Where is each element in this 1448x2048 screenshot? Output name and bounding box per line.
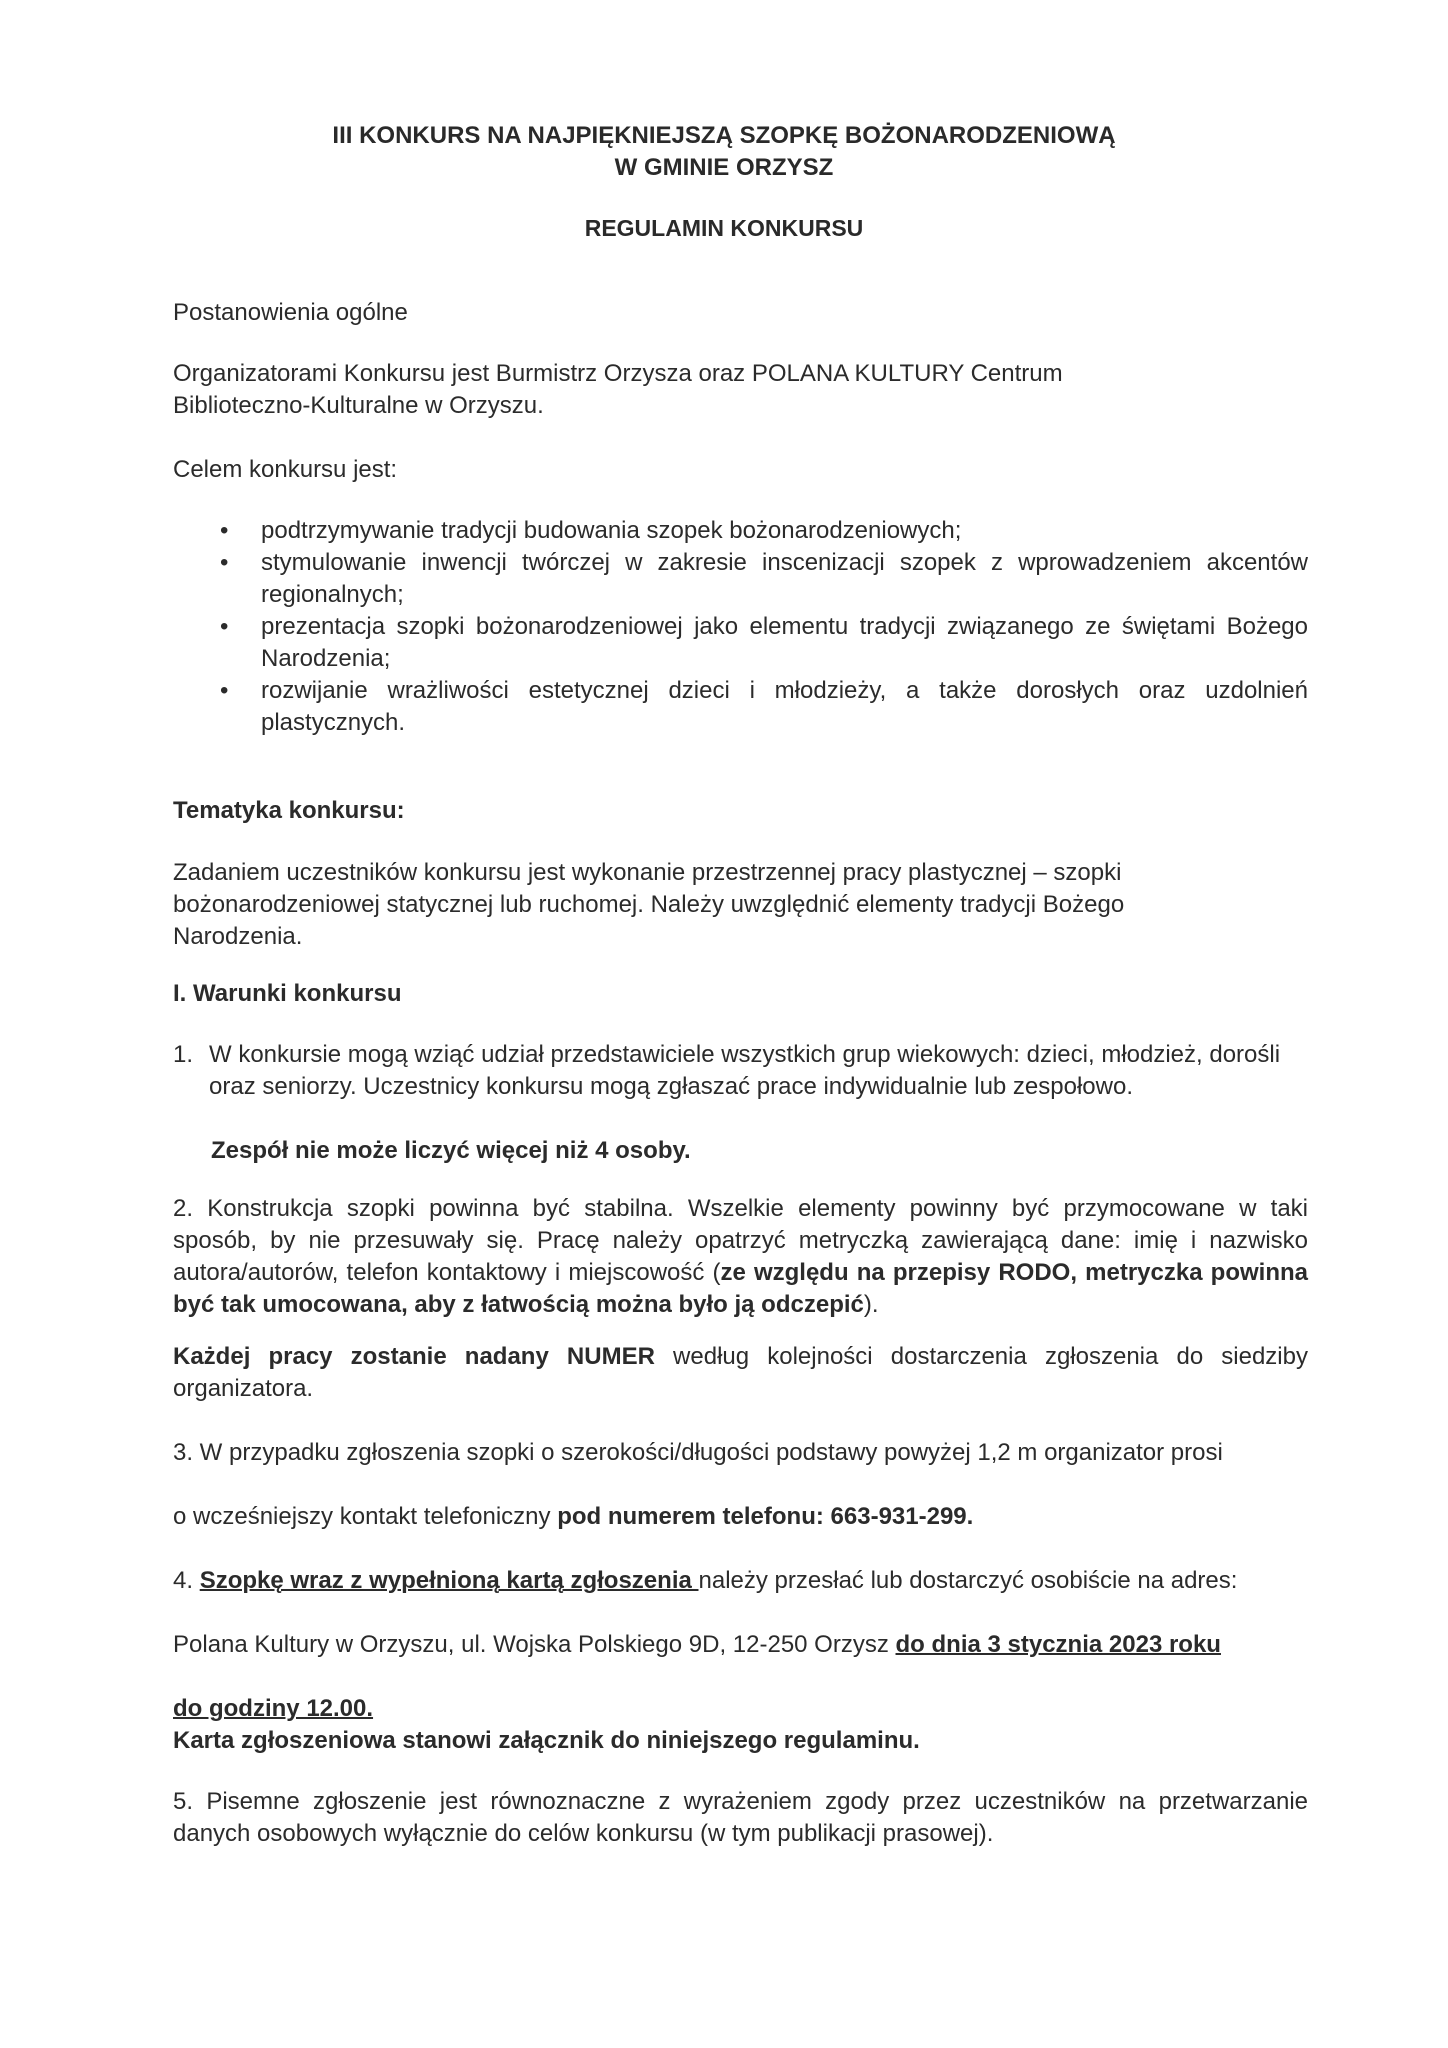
team-size-note: Zespół nie może liczyć więcej niż 4 osob… [211,1135,691,1167]
document-subtitle: REGULAMIN KONKURSU [0,211,1448,245]
theme-paragraph: Zadaniem uczestników konkursu jest wykon… [173,857,1253,953]
condition-item-2: 2. Konstrukcja szopki powinna być stabil… [173,1193,1308,1321]
condition-item-3: 3. W przypadku zgłoszenia szopki o szero… [173,1437,1308,1469]
condition-item-4: 4. Szopkę wraz z wypełnioną kartą zgłosz… [173,1565,1308,1597]
deadline-time: do godziny 12.00. [173,1693,1308,1725]
bullet-icon: • [220,675,250,707]
document-page: III KONKURS NA NAJPIĘKNIEJSZĄ SZOPKĘ BOŻ… [0,0,1448,2048]
document-title-line2: W GMINIE ORZYSZ [0,151,1448,185]
goals-intro: Celem konkursu jest: [173,454,1308,486]
bullet-icon: • [220,515,250,547]
conditions-heading: I. Warunki konkursu [173,978,1308,1010]
phone-number: pod numerem telefonu: 663-931-299. [557,1503,973,1530]
document-title: III KONKURS NA NAJPIĘKNIEJSZĄ SZOPKĘ BOŻ… [0,119,1448,153]
numbering-paragraph: Każdej pracy zostanie nadany NUMER wedłu… [173,1341,1308,1405]
condition-item-5: 5. Pisemne zgłoszenie jest równoznaczne … [173,1786,1308,1850]
deadline-date: do dnia 3 stycznia 2023 roku [896,1631,1221,1658]
address-line: Polana Kultury w Orzyszu, ul. Wojska Pol… [173,1629,1308,1661]
submission-requirement: Szopkę wraz z wypełnioną kartą zgłoszeni… [200,1567,699,1594]
general-provisions-heading: Postanowienia ogólne [173,297,1308,329]
organizers-paragraph: Organizatorami Konkursu jest Burmistrz O… [173,358,1193,422]
numbering-bold: Każdej pracy zostanie nadany NUMER [173,1343,655,1370]
bullet-icon: • [220,611,250,643]
theme-heading: Tematyka konkursu: [173,795,1308,827]
bullet-icon: • [220,547,250,579]
item-number: 1. [173,1039,193,1071]
phone-contact-line: o wcześniejszy kontakt telefoniczny pod … [173,1501,1308,1533]
attachment-note: Karta zgłoszeniowa stanowi załącznik do … [173,1725,1308,1757]
